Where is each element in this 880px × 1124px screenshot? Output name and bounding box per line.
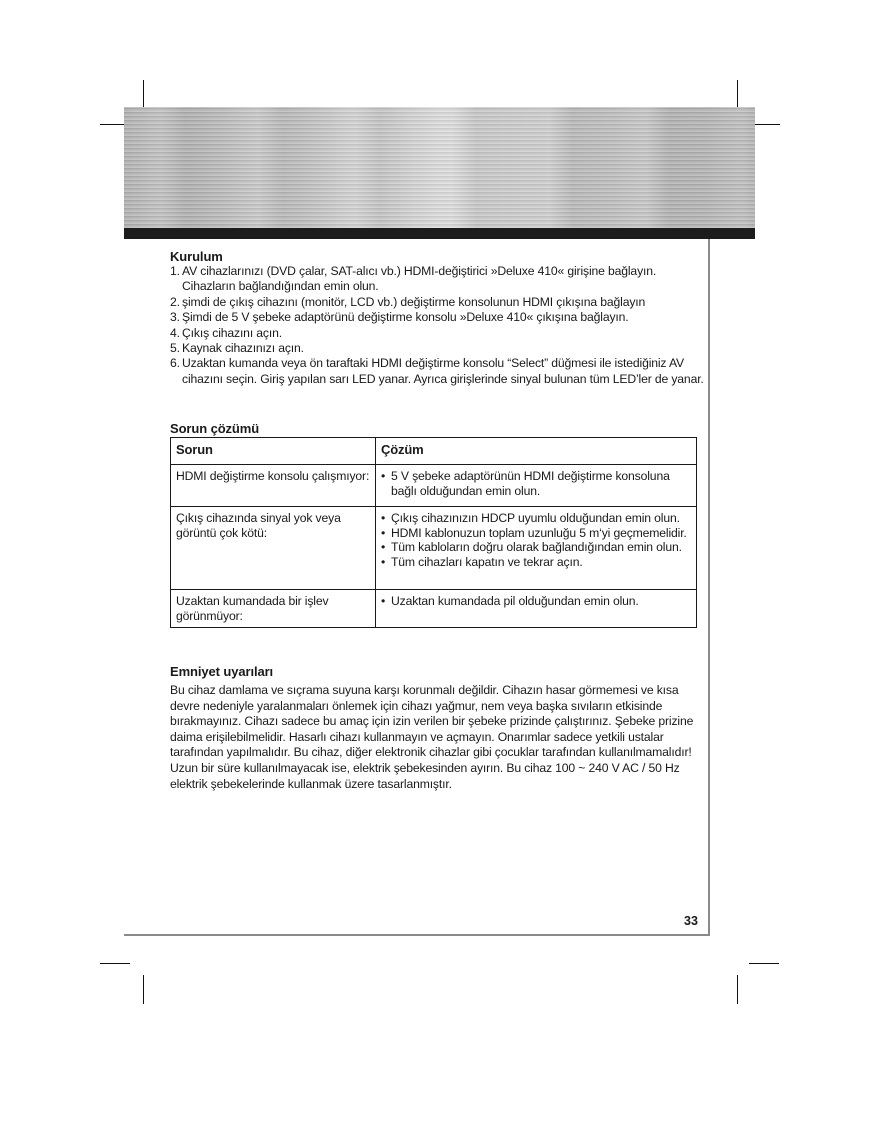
- section-title-safety: Emniyet uyarıları: [170, 664, 273, 679]
- step-number: 2.: [170, 295, 180, 310]
- crop-mark-bottom-right-horizontal: [749, 963, 779, 964]
- problem-cell: Uzaktan kumandada bir işlev görünmüyor:: [171, 590, 376, 628]
- solution-cell: Uzaktan kumandada pil olduğundan emin ol…: [376, 590, 697, 628]
- header-brushed-metal-band: [124, 107, 755, 228]
- page-number: 33: [684, 914, 698, 928]
- safety-paragraph: Bu cihaz damlama ve sıçrama suyuna karşı…: [170, 683, 710, 792]
- step-text: Çıkış cihazını açın.: [182, 326, 282, 340]
- table-header-row: Sorun Çözüm: [171, 438, 697, 465]
- page-frame-bottom-line: [124, 934, 710, 936]
- step-number: 3.: [170, 310, 180, 325]
- installation-step: 3.Şimdi de 5 V şebeke adaptörünü değişti…: [170, 310, 710, 325]
- solution-list: Uzaktan kumandada pil olduğundan emin ol…: [381, 594, 691, 609]
- section-title-troubleshooting: Sorun çözümü: [170, 421, 259, 436]
- solution-list: Çıkış cihazınızın HDCP uyumlu olduğundan…: [381, 511, 691, 569]
- troubleshooting-table: Sorun Çözüm HDMI değiştirme konsolu çalı…: [170, 437, 697, 628]
- solution-cell: 5 V şebeke adaptörünün HDMI değiştirme k…: [376, 465, 697, 507]
- solution-item: 5 V şebeke adaptörünün HDMI değiştirme k…: [381, 469, 691, 498]
- problem-cell: HDMI değiştirme konsolu çalışmıyor:: [171, 465, 376, 507]
- installation-step: 4.Çıkış cihazını açın.: [170, 326, 710, 341]
- step-text: Uzaktan kumanda veya ön taraftaki HDMI d…: [182, 356, 704, 385]
- step-text: Şimdi de 5 V şebeke adaptörünü değiştirm…: [182, 310, 629, 324]
- step-number: 5.: [170, 341, 180, 356]
- solution-list: 5 V şebeke adaptörünün HDMI değiştirme k…: [381, 469, 691, 498]
- solution-item: Tüm cihazları kapatın ve tekrar açın.: [381, 555, 691, 570]
- installation-step: 6.Uzaktan kumanda veya ön taraftaki HDMI…: [170, 356, 710, 387]
- step-number: 6.: [170, 356, 180, 371]
- step-text: şimdi de çıkış cihazını (monitör, LCD vb…: [182, 295, 645, 309]
- solution-item: Tüm kabloların doğru olarak bağlandığınd…: [381, 540, 691, 555]
- step-number: 4.: [170, 326, 180, 341]
- table-row: Çıkış cihazında sinyal yok veya görüntü …: [171, 507, 697, 590]
- installation-step: 1.AV cihazlarınızı (DVD çalar, SAT-alıcı…: [170, 264, 710, 295]
- solution-item: Çıkış cihazınızın HDCP uyumlu olduğundan…: [381, 511, 691, 526]
- step-number: 1.: [170, 264, 180, 279]
- column-header-problem: Sorun: [171, 438, 376, 465]
- section-title-installation: Kurulum: [170, 249, 223, 264]
- solution-cell: Çıkış cihazınızın HDCP uyumlu olduğundan…: [376, 507, 697, 590]
- installation-step: 5.Kaynak cihazınızı açın.: [170, 341, 710, 356]
- table-row: HDMI değiştirme konsolu çalışmıyor:5 V ş…: [171, 465, 697, 507]
- step-text: Kaynak cihazınızı açın.: [182, 341, 304, 355]
- crop-mark-bottom-left-vertical: [143, 975, 144, 1004]
- table-row: Uzaktan kumandada bir işlev görünmüyor:U…: [171, 590, 697, 628]
- crop-mark-bottom-right-vertical: [737, 975, 738, 1004]
- problem-cell: Çıkış cihazında sinyal yok veya görüntü …: [171, 507, 376, 590]
- header-black-bar: [124, 228, 755, 239]
- installation-step: 2.şimdi de çıkış cihazını (monitör, LCD …: [170, 295, 710, 310]
- solution-item: HDMI kablonuzun toplam uzunluğu 5 m‘yi g…: [381, 526, 691, 541]
- solution-item: Uzaktan kumandada pil olduğundan emin ol…: [381, 594, 691, 609]
- step-text: AV cihazlarınızı (DVD çalar, SAT-alıcı v…: [182, 264, 656, 293]
- installation-steps-list: 1.AV cihazlarınızı (DVD çalar, SAT-alıcı…: [170, 264, 710, 387]
- column-header-solution: Çözüm: [376, 438, 697, 465]
- crop-mark-bottom-left-horizontal: [100, 963, 130, 964]
